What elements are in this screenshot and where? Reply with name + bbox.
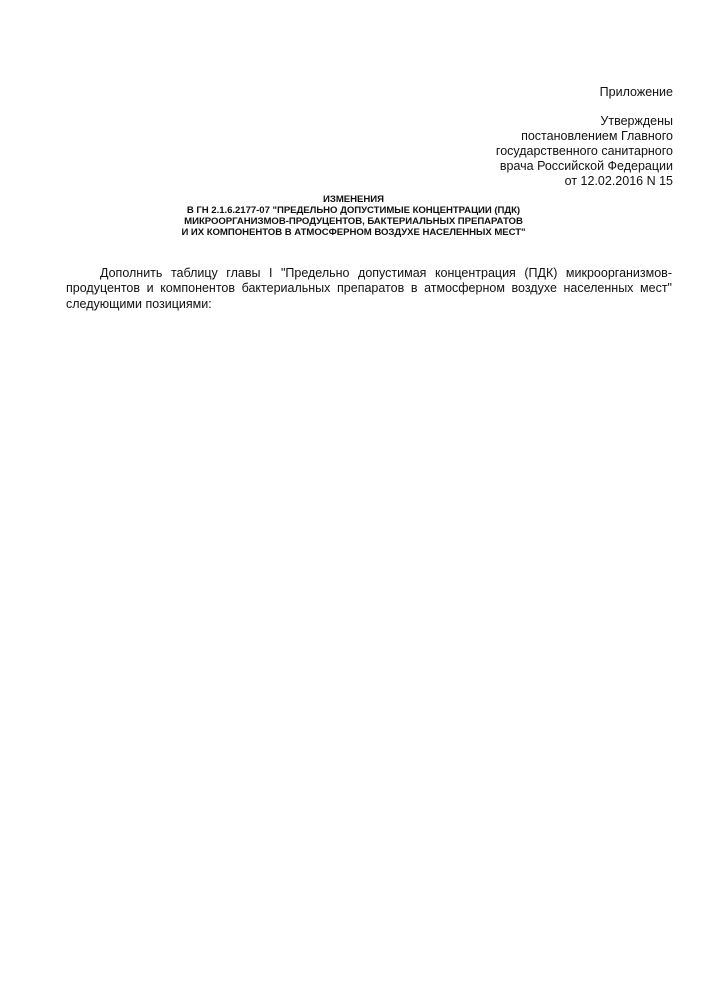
document-page: Приложение Утверждены постановлением Гла… [0, 0, 707, 1000]
approval-block: Утверждены постановлением Главного госуд… [496, 114, 673, 189]
title-line: В ГН 2.1.6.2177-07 "ПРЕДЕЛЬНО ДОПУСТИМЫЕ… [0, 205, 707, 216]
approval-line: государственного санитарного [496, 144, 673, 159]
approval-line: врача Российской Федерации [496, 159, 673, 174]
body-paragraph: Дополнить таблицу главы I "Предельно доп… [66, 266, 672, 313]
title-line: И ИХ КОМПОНЕНТОВ В АТМОСФЕРНОМ ВОЗДУХЕ Н… [0, 227, 707, 238]
approval-line: постановлением Главного [496, 129, 673, 144]
approval-date-line: от 12.02.2016 N 15 [496, 174, 673, 189]
title-line: МИКРООРГАНИЗМОВ-ПРОДУЦЕНТОВ, БАКТЕРИАЛЬН… [0, 216, 707, 227]
appendix-label: Приложение [600, 85, 673, 100]
document-title: ИЗМЕНЕНИЯ В ГН 2.1.6.2177-07 "ПРЕДЕЛЬНО … [0, 194, 707, 238]
approval-line: Утверждены [496, 114, 673, 129]
title-line: ИЗМЕНЕНИЯ [0, 194, 707, 205]
